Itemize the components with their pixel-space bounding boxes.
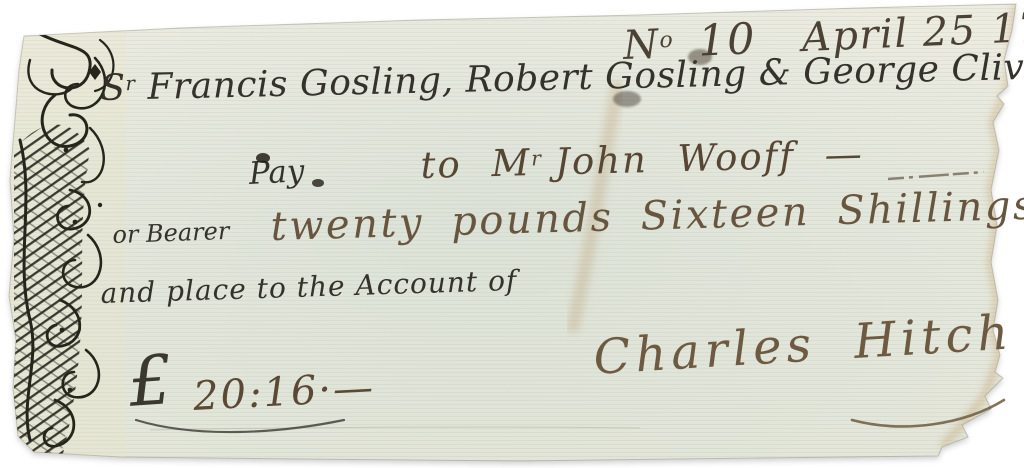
- or-bearer-label: or Bearer: [112, 217, 230, 249]
- payee-line: to MrJohn Wooff —: [420, 132, 864, 187]
- amount-in-words: twenty pounds Sixteen Shillings: [270, 183, 1024, 250]
- payee-mr-superscript: r: [531, 146, 543, 170]
- drawee-prefix-superscript: r: [125, 72, 135, 95]
- payee-to: to M: [420, 141, 532, 187]
- payee-dash: —: [824, 132, 864, 176]
- drawee-bankers-line: Sr Francis Gosling, Robert Gosling & Geo…: [100, 47, 1024, 109]
- signature: Charles Hitch: [592, 304, 1015, 386]
- pay-label: Pay: [248, 153, 305, 192]
- drawee-prefix: S: [100, 67, 126, 109]
- currency-symbol: £: [126, 341, 175, 423]
- amount-figures: 20:16·—: [192, 364, 376, 419]
- drawee-names: Francis Gosling, Robert Gosling & George…: [147, 47, 1024, 108]
- payee-name: John Wooff: [554, 134, 795, 183]
- account-label: and place to the Account of: [100, 264, 518, 310]
- cheque-scan: No10April 25 1764 Sr Francis Gosling, Ro…: [0, 0, 1024, 468]
- number-label-superscript: o: [659, 28, 675, 54]
- cheque-text-layer: No10April 25 1764 Sr Francis Gosling, Ro…: [0, 0, 1024, 468]
